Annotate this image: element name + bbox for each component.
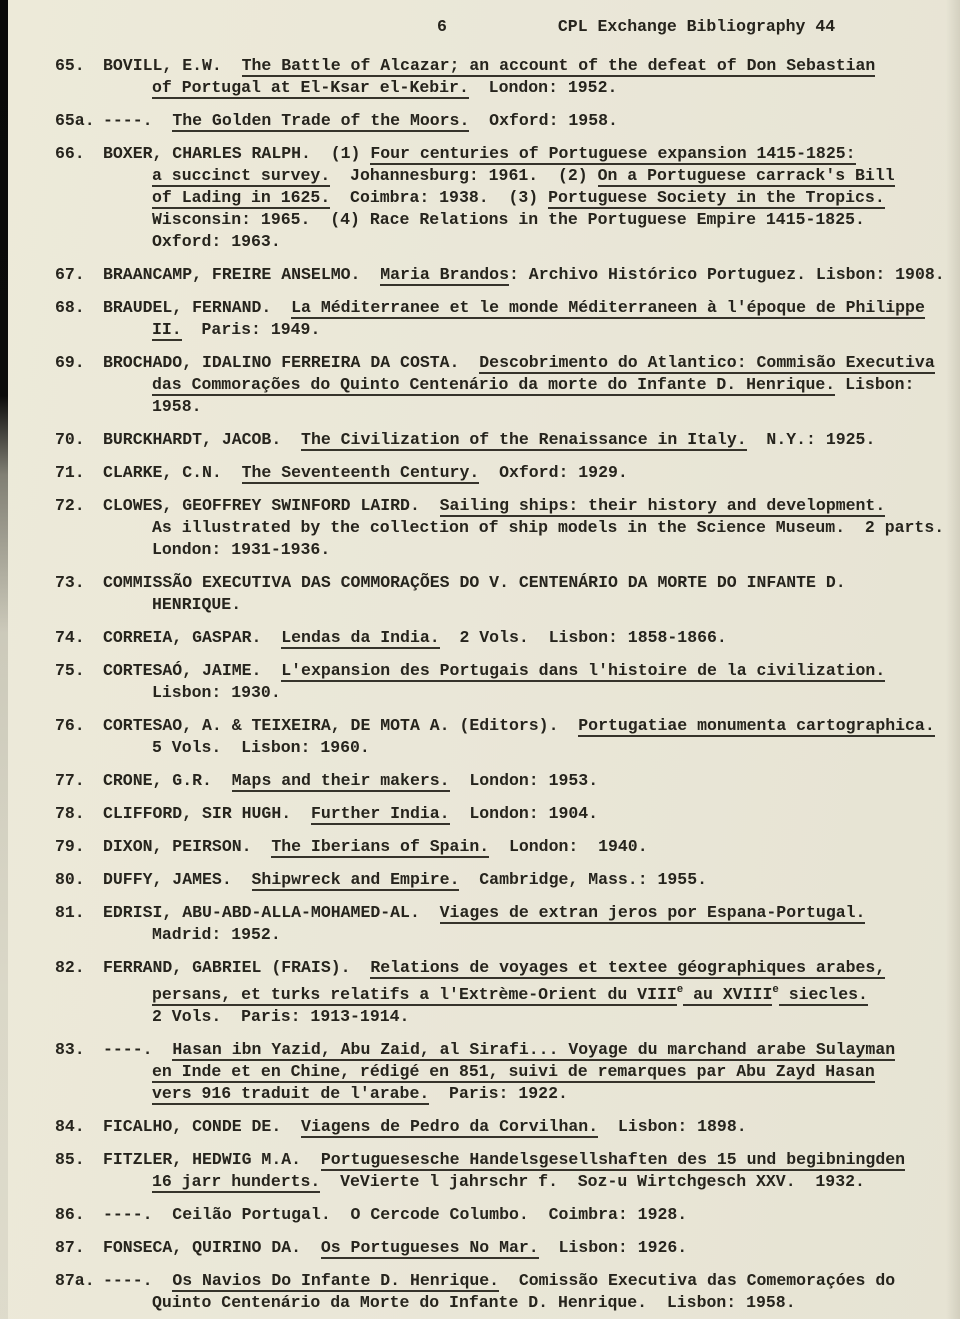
plain-text: Lisbon: [835, 375, 914, 394]
entry-number: 71. [55, 462, 103, 484]
plain-text: 2 Vols. Paris: 1913-1914. [152, 1007, 409, 1026]
title-text: Portuguese Society in the Tropics. [548, 188, 885, 209]
entry-body: CORTESAÓ, JAIME. L'expansion des Portuga… [103, 660, 960, 704]
title-text: Portugatiae monumenta cartographica. [578, 716, 934, 737]
entry-body: CORREIA, GASPAR. Lendas da India. 2 Vols… [103, 627, 960, 649]
plain-text: Coimbra: 1938. (3) [330, 188, 548, 207]
entry-number: 72. [55, 495, 103, 517]
plain-text: DUFFY, JAMES. [103, 870, 252, 889]
page-number: 6 [437, 17, 447, 36]
entry-number: 84. [55, 1116, 103, 1138]
plain-text: N.Y.: 1925. [747, 430, 876, 449]
entry-line: HENRIQUE. [103, 594, 960, 616]
entry-body: FICALHO, CONDE DE. Viagens de Pedro da C… [103, 1116, 960, 1138]
entry-body: BRAUDEL, FERNAND. La Méditerranee et le … [103, 297, 960, 341]
entry-line: DIXON, PEIRSON. The Iberians of Spain. L… [103, 836, 960, 858]
entry-body: CORTESAO, A. & TEIXEIRA, DE MOTA A. (Edi… [103, 715, 960, 759]
plain-text: CORREIA, GASPAR. [103, 628, 281, 647]
bibliography-entry: 81.EDRISI, ABU-ABD-ALLA-MOHAMED-AL. Viag… [0, 902, 960, 946]
entry-line: BURCKHARDT, JACOB. The Civilization of t… [103, 429, 960, 451]
entry-line: 5 Vols. Lisbon: 1960. [103, 737, 960, 759]
entry-number: 69. [55, 352, 103, 374]
plain-text: Oxford: 1958. [469, 111, 618, 130]
entry-line: CLIFFORD, SIR HUGH. Further India. Londo… [103, 803, 960, 825]
entry-line: EDRISI, ABU-ABD-ALLA-MOHAMED-AL. Viages … [103, 902, 960, 924]
entry-line: BOVILL, E.W. The Battle of Alcazar; an a… [103, 55, 960, 77]
bibliography-entry: 71.CLARKE, C.N. The Seventeenth Century.… [0, 462, 960, 484]
title-text: persans, et turks relatifs a l'Extrème-O… [152, 985, 677, 1006]
entry-body: ----. The Golden Trade of the Moors. Oxf… [103, 110, 960, 132]
entry-line: Lisbon: 1930. [103, 682, 960, 704]
plain-text: BOVILL, E.W. [103, 56, 242, 75]
entry-body: DIXON, PEIRSON. The Iberians of Spain. L… [103, 836, 960, 858]
entry-line: ----. Ceilão Portugal. O Cercode Columbo… [103, 1204, 960, 1226]
title-text: au XVIII [683, 985, 772, 1006]
entry-line: London: 1931-1936. [103, 539, 960, 561]
plain-text: Madrid: 1952. [152, 925, 281, 944]
entry-line: Wisconsin: 1965. (4) Race Relations in t… [103, 209, 960, 231]
plain-text: FONSECA, QUIRINO DA. [103, 1238, 321, 1257]
entry-line: BOXER, CHARLES RALPH. (1) Four centuries… [103, 143, 960, 165]
title-text: of Lading in 1625. [152, 188, 330, 209]
title-text: das Commorações do Quinto Centenário da … [152, 375, 835, 396]
plain-text: CORTESAO, A. & TEIXEIRA, DE MOTA A. (Edi… [103, 716, 578, 735]
entry-line: CRONE, G.R. Maps and their makers. Londo… [103, 770, 960, 792]
title-text: Sailing ships: their history and develop… [440, 496, 886, 517]
entry-line: en Inde et en Chine, rédigé en 851, suiv… [103, 1061, 960, 1083]
bibliography-entry: 84.FICALHO, CONDE DE. Viagens de Pedro d… [0, 1116, 960, 1138]
entry-number: 81. [55, 902, 103, 924]
bibliography-entry: 78.CLIFFORD, SIR HUGH. Further India. Lo… [0, 803, 960, 825]
plain-text: FITZLER, HEDWIG M.A. [103, 1150, 321, 1169]
entry-body: CLARKE, C.N. The Seventeenth Century. Ox… [103, 462, 960, 484]
entry-number: 65a. [55, 110, 103, 132]
title-text: Os Portugueses No Mar. [321, 1238, 539, 1259]
bibliography-entries: 65.BOVILL, E.W. The Battle of Alcazar; a… [0, 55, 960, 1314]
entry-line: 2 Vols. Paris: 1913-1914. [103, 1006, 960, 1028]
title-text: Further India. [311, 804, 450, 825]
entry-line: BROCHADO, IDALINO FERREIRA DA COSTA. Des… [103, 352, 960, 374]
entry-number: 67. [55, 264, 103, 286]
entry-line: a succinct survey. Johannesburg: 1961. (… [103, 165, 960, 187]
entry-body: CLOWES, GEOFFREY SWINFORD LAIRD. Sailing… [103, 495, 960, 561]
entry-number: 86. [55, 1204, 103, 1226]
entry-line: vers 916 traduit de l'arabe. Paris: 1922… [103, 1083, 960, 1105]
plain-text: 5 Vols. Lisbon: 1960. [152, 738, 370, 757]
entry-body: BROCHADO, IDALINO FERREIRA DA COSTA. Des… [103, 352, 960, 418]
bibliography-entry: 82.FERRAND, GABRIEL (FRAIS). Relations d… [0, 957, 960, 1028]
entry-line: of Portugal at El-Ksar el-Kebir. London:… [103, 77, 960, 99]
title-text: The Seventeenth Century. [242, 463, 480, 484]
entry-number: 73. [55, 572, 103, 594]
plain-text: Oxford: 1929. [479, 463, 628, 482]
plain-text: COMMISSÃO EXECUTIVA DAS COMMORAÇÕES DO V… [103, 573, 846, 592]
title-text: On a Portuguese carrack's Bill [598, 166, 895, 187]
plain-text: EDRISI, ABU-ABD-ALLA-MOHAMED-AL. [103, 903, 440, 922]
entry-body: ----. Os Navios Do Infante D. Henrique. … [103, 1270, 960, 1314]
plain-text: CLOWES, GEOFFREY SWINFORD LAIRD. [103, 496, 440, 515]
plain-text: London: 1931-1936. [152, 540, 330, 559]
plain-text: ----. Ceilão Portugal. O Cercode Columbo… [103, 1205, 687, 1224]
entry-line: ----. The Golden Trade of the Moors. Oxf… [103, 110, 960, 132]
plain-text: Oxford: 1963. [152, 232, 281, 251]
title-text: Os Navios Do Infante D. Henrique. [172, 1271, 499, 1292]
plain-text: Johannesburg: 1961. (2) [330, 166, 597, 185]
bibliography-page: 6CPL Exchange Bibliography 44 65.BOVILL,… [0, 0, 960, 1319]
entry-line: FERRAND, GABRIEL (FRAIS). Relations de v… [103, 957, 960, 979]
plain-text: 1958. [152, 397, 202, 416]
entry-body: EDRISI, ABU-ABD-ALLA-MOHAMED-AL. Viages … [103, 902, 960, 946]
bibliography-entry: 65a.----. The Golden Trade of the Moors.… [0, 110, 960, 132]
entry-body: BRAANCAMP, FREIRE ANSELMO. Maria Brandos… [103, 264, 960, 286]
entry-line: CLOWES, GEOFFREY SWINFORD LAIRD. Sailing… [103, 495, 960, 517]
plain-text: DIXON, PEIRSON. [103, 837, 271, 856]
title-text: 16 jarr hunderts. [152, 1172, 320, 1193]
entry-line: FITZLER, HEDWIG M.A. Portuguesesche Hand… [103, 1149, 960, 1171]
entry-body: ----. Ceilão Portugal. O Cercode Columbo… [103, 1204, 960, 1226]
entry-line: ----. Os Navios Do Infante D. Henrique. … [103, 1270, 960, 1292]
plain-text: : Archivo Histórico Portuguez. Lisbon: 1… [509, 265, 945, 284]
bibliography-entry: 65.BOVILL, E.W. The Battle of Alcazar; a… [0, 55, 960, 99]
entry-line: DUFFY, JAMES. Shipwreck and Empire. Camb… [103, 869, 960, 891]
title-text: e [772, 984, 778, 996]
entry-body: FITZLER, HEDWIG M.A. Portuguesesche Hand… [103, 1149, 960, 1193]
bibliography-entry: 70.BURCKHARDT, JACOB. The Civilization o… [0, 429, 960, 451]
plain-text: London: 1940. [489, 837, 647, 856]
title-text: of Portugal at El-Ksar el-Kebir. [152, 78, 469, 99]
entry-line: CORTESAO, A. & TEIXEIRA, DE MOTA A. (Edi… [103, 715, 960, 737]
entry-body: BOXER, CHARLES RALPH. (1) Four centuries… [103, 143, 960, 253]
entry-body: COMMISSÃO EXECUTIVA DAS COMMORAÇÕES DO V… [103, 572, 960, 616]
title-text: vers 916 traduit de l'arabe. [152, 1084, 429, 1105]
title-text: The Civilization of the Renaissance in I… [301, 430, 747, 451]
plain-text: BOXER, CHARLES RALPH. (1) [103, 144, 370, 163]
entry-body: FERRAND, GABRIEL (FRAIS). Relations de v… [103, 957, 960, 1028]
entry-line: persans, et turks relatifs a l'Extrème-O… [103, 979, 960, 1006]
entry-line: BRAUDEL, FERNAND. La Méditerranee et le … [103, 297, 960, 319]
bibliography-entry: 67.BRAANCAMP, FREIRE ANSELMO. Maria Bran… [0, 264, 960, 286]
title-text: a succinct survey. [152, 166, 330, 187]
title-text: Maria Brandos [380, 265, 509, 286]
plain-text: ----. [103, 1271, 172, 1290]
title-text: Viages de extran jeros por Espana-Portug… [440, 903, 866, 924]
plain-text: London: 1904. [450, 804, 599, 823]
title-text: siecles. [779, 985, 868, 1006]
entry-line: FICALHO, CONDE DE. Viagens de Pedro da C… [103, 1116, 960, 1138]
plain-text: FERRAND, GABRIEL (FRAIS). [103, 958, 370, 977]
entry-number: 80. [55, 869, 103, 891]
entry-line: 16 jarr hunderts. VeVierte l jahrschr f.… [103, 1171, 960, 1193]
plain-text: 2 Vols. Lisbon: 1858-1866. [440, 628, 727, 647]
plain-text: ----. [103, 111, 172, 130]
entry-line: das Commorações do Quinto Centenário da … [103, 374, 960, 396]
plain-text: Lisbon: 1898. [598, 1117, 747, 1136]
entry-line: CLARKE, C.N. The Seventeenth Century. Ox… [103, 462, 960, 484]
entry-number: 78. [55, 803, 103, 825]
bibliography-entry: 77.CRONE, G.R. Maps and their makers. Lo… [0, 770, 960, 792]
title-text: en Inde et en Chine, rédigé en 851, suiv… [152, 1062, 875, 1083]
bibliography-entry: 69.BROCHADO, IDALINO FERREIRA DA COSTA. … [0, 352, 960, 418]
entry-line: ----. Hasan ibn Yazid, Abu Zaid, al Sira… [103, 1039, 960, 1061]
entry-line: Oxford: 1963. [103, 231, 960, 253]
bibliography-entry: 86.----. Ceilão Portugal. O Cercode Colu… [0, 1204, 960, 1226]
title-text: L'expansion des Portugais dans l'histoir… [281, 661, 885, 682]
bibliography-entry: 87.FONSECA, QUIRINO DA. Os Portugueses N… [0, 1237, 960, 1259]
plain-text: Lisbon: 1930. [152, 683, 281, 702]
plain-text: CLARKE, C.N. [103, 463, 242, 482]
entry-line: FONSECA, QUIRINO DA. Os Portugueses No M… [103, 1237, 960, 1259]
entry-body: ----. Hasan ibn Yazid, Abu Zaid, al Sira… [103, 1039, 960, 1105]
plain-text: HENRIQUE. [152, 595, 241, 614]
plain-text: FICALHO, CONDE DE. [103, 1117, 301, 1136]
title-text: Relations de voyages et textee géographi… [370, 958, 885, 979]
entry-number: 87a. [55, 1270, 103, 1292]
entry-number: 87. [55, 1237, 103, 1259]
page-header-title: CPL Exchange Bibliography 44 [558, 17, 835, 36]
plain-text: BRAANCAMP, FREIRE ANSELMO. [103, 265, 380, 284]
plain-text: Paris: 1922. [429, 1084, 568, 1103]
plain-text: BROCHADO, IDALINO FERREIRA DA COSTA. [103, 353, 479, 372]
bibliography-entry: 68.BRAUDEL, FERNAND. La Méditerranee et … [0, 297, 960, 341]
plain-text: ----. [103, 1040, 172, 1059]
title-text: Shipwreck and Empire. [252, 870, 460, 891]
title-text: Lendas da India. [281, 628, 439, 649]
entry-body: CLIFFORD, SIR HUGH. Further India. Londo… [103, 803, 960, 825]
entry-line: COMMISSÃO EXECUTIVA DAS COMMORAÇÕES DO V… [103, 572, 960, 594]
entry-number: 66. [55, 143, 103, 165]
plain-text: Paris: 1949. [182, 320, 321, 339]
plain-text: Wisconsin: 1965. (4) Race Relations in t… [152, 210, 865, 229]
page-header: 6CPL Exchange Bibliography 44 [0, 0, 960, 38]
entry-number: 70. [55, 429, 103, 451]
plain-text: BURCKHARDT, JACOB. [103, 430, 301, 449]
plain-text: CLIFFORD, SIR HUGH. [103, 804, 311, 823]
title-text: Portuguesesche Handelsgesellshaften des … [321, 1150, 905, 1171]
bibliography-entry: 73.COMMISSÃO EXECUTIVA DAS COMMORAÇÕES D… [0, 572, 960, 616]
title-text: The Battle of Alcazar; an account of the… [242, 56, 876, 77]
title-text: Descobrimento do Atlantico: Commisão Exe… [479, 353, 934, 374]
entry-number: 77. [55, 770, 103, 792]
entry-number: 65. [55, 55, 103, 77]
title-text: Four centuries of Portuguese expansion 1… [370, 144, 855, 165]
plain-text: London: 1952. [469, 78, 618, 97]
entry-number: 83. [55, 1039, 103, 1061]
plain-text: VeVierte l jahrschr f. Soz-u Wirtchgesch… [320, 1172, 865, 1191]
entry-number: 79. [55, 836, 103, 858]
entry-body: BURCKHARDT, JACOB. The Civilization of t… [103, 429, 960, 451]
bibliography-entry: 83.----. Hasan ibn Yazid, Abu Zaid, al S… [0, 1039, 960, 1105]
bibliography-entry: 85.FITZLER, HEDWIG M.A. Portuguesesche H… [0, 1149, 960, 1193]
bibliography-entry: 66.BOXER, CHARLES RALPH. (1) Four centur… [0, 143, 960, 253]
plain-text: As illustrated by the collection of ship… [152, 518, 944, 537]
title-text: Hasan ibn Yazid, Abu Zaid, al Sirafi... … [172, 1040, 895, 1061]
bibliography-entry: 74.CORREIA, GASPAR. Lendas da India. 2 V… [0, 627, 960, 649]
entry-number: 76. [55, 715, 103, 737]
entry-number: 82. [55, 957, 103, 979]
plain-text: Lisbon: 1926. [539, 1238, 688, 1257]
title-text: The Golden Trade of the Moors. [172, 111, 469, 132]
entry-number: 75. [55, 660, 103, 682]
plain-text: CRONE, G.R. [103, 771, 232, 790]
plain-text: BRAUDEL, FERNAND. [103, 298, 291, 317]
entry-line: II. Paris: 1949. [103, 319, 960, 341]
plain-text: Quinto Centenário da Morte do Infante D.… [152, 1293, 796, 1312]
entry-line: Quinto Centenário da Morte do Infante D.… [103, 1292, 960, 1314]
bibliography-entry: 76.CORTESAO, A. & TEIXEIRA, DE MOTA A. (… [0, 715, 960, 759]
plain-text: CORTESAÓ, JAIME. [103, 661, 281, 680]
bibliography-entry: 75.CORTESAÓ, JAIME. L'expansion des Port… [0, 660, 960, 704]
title-text: Viagens de Pedro da Corvilhan. [301, 1117, 598, 1138]
bibliography-entry: 80.DUFFY, JAMES. Shipwreck and Empire. C… [0, 869, 960, 891]
entry-body: DUFFY, JAMES. Shipwreck and Empire. Camb… [103, 869, 960, 891]
title-text: The Iberians of Spain. [271, 837, 489, 858]
entry-line: CORTESAÓ, JAIME. L'expansion des Portuga… [103, 660, 960, 682]
entry-number: 85. [55, 1149, 103, 1171]
entry-number: 74. [55, 627, 103, 649]
entry-body: FONSECA, QUIRINO DA. Os Portugueses No M… [103, 1237, 960, 1259]
title-text: Maps and their makers. [232, 771, 450, 792]
bibliography-entry: 87a.----. Os Navios Do Infante D. Henriq… [0, 1270, 960, 1314]
plain-text: Comissão Executiva das Comemoraçóes do [499, 1271, 895, 1290]
plain-text: Cambridge, Mass.: 1955. [459, 870, 707, 889]
title-text: La Méditerranee et le monde Méditerranee… [291, 298, 925, 319]
bibliography-entry: 79.DIXON, PEIRSON. The Iberians of Spain… [0, 836, 960, 858]
entry-number: 68. [55, 297, 103, 319]
entry-line: 1958. [103, 396, 960, 418]
entry-line: BRAANCAMP, FREIRE ANSELMO. Maria Brandos… [103, 264, 960, 286]
entry-line: of Lading in 1625. Coimbra: 1938. (3) Po… [103, 187, 960, 209]
title-text: II. [152, 320, 182, 341]
plain-text: London: 1953. [450, 771, 599, 790]
bibliography-entry: 72.CLOWES, GEOFFREY SWINFORD LAIRD. Sail… [0, 495, 960, 561]
entry-line: As illustrated by the collection of ship… [103, 517, 960, 539]
entry-body: BOVILL, E.W. The Battle of Alcazar; an a… [103, 55, 960, 99]
entry-line: Madrid: 1952. [103, 924, 960, 946]
entry-line: CORREIA, GASPAR. Lendas da India. 2 Vols… [103, 627, 960, 649]
entry-body: CRONE, G.R. Maps and their makers. Londo… [103, 770, 960, 792]
